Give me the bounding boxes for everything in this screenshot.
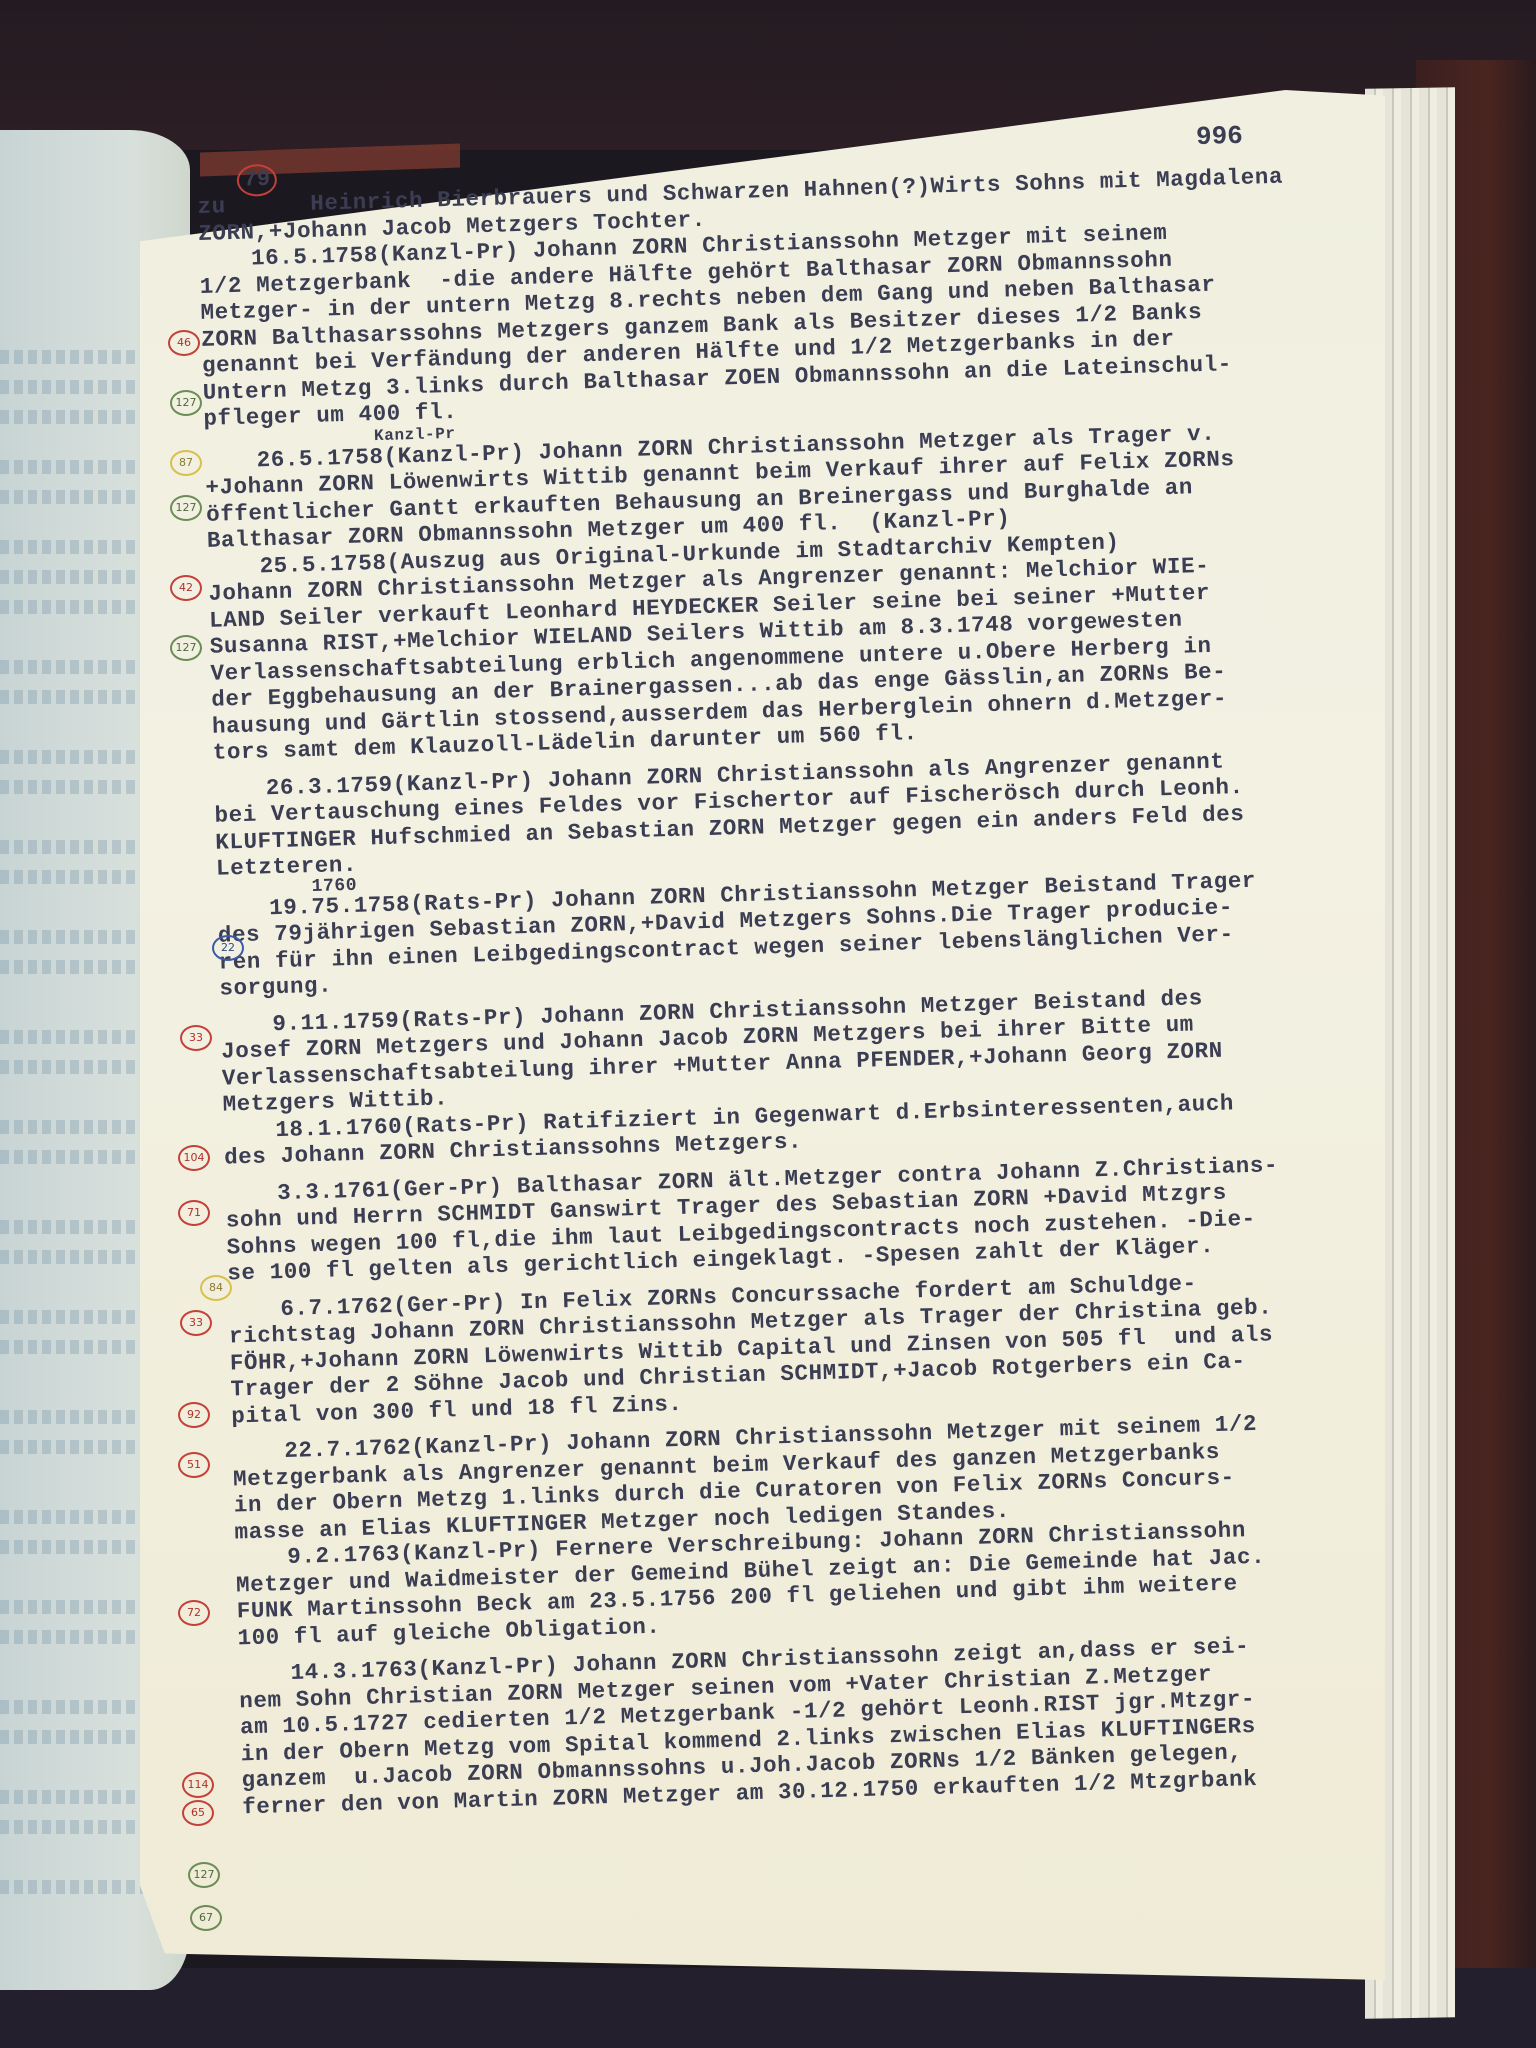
margin-reference-circle: 33 (180, 1310, 212, 1336)
margin-reference-circle: 46 (168, 330, 200, 356)
margin-reference-circle: 65 (182, 1800, 214, 1826)
page-number: 996 (1196, 121, 1244, 152)
margin-reference-circle: 67 (190, 1905, 222, 1931)
photo-background-bottom (0, 1968, 1536, 2048)
margin-reference-circle: 51 (178, 1452, 210, 1478)
margin-reference-circle: 42 (170, 575, 202, 601)
margin-reference-circle: 33 (180, 1025, 212, 1051)
margin-reference-circle: 72 (178, 1600, 210, 1626)
margin-reference-circle: 127 (170, 495, 202, 521)
margin-reference-circle: 127 (188, 1862, 220, 1888)
margin-reference-circle: 22 (212, 935, 244, 961)
margin-reference-circle: 127 (170, 635, 202, 661)
margin-reference-circle: 71 (178, 1200, 210, 1226)
margin-reference-circle: 127 (170, 390, 202, 416)
margin-reference-circle: 84 (200, 1275, 232, 1301)
typewritten-text-block: 996 79 zu Heinrich Bierbrauers und Schwa… (196, 116, 1442, 1820)
margin-reference-circle: 114 (182, 1772, 214, 1798)
margin-reference-circle: 104 (178, 1145, 210, 1171)
margin-reference-circle: 92 (178, 1402, 210, 1428)
margin-reference-circle: 87 (170, 450, 202, 476)
